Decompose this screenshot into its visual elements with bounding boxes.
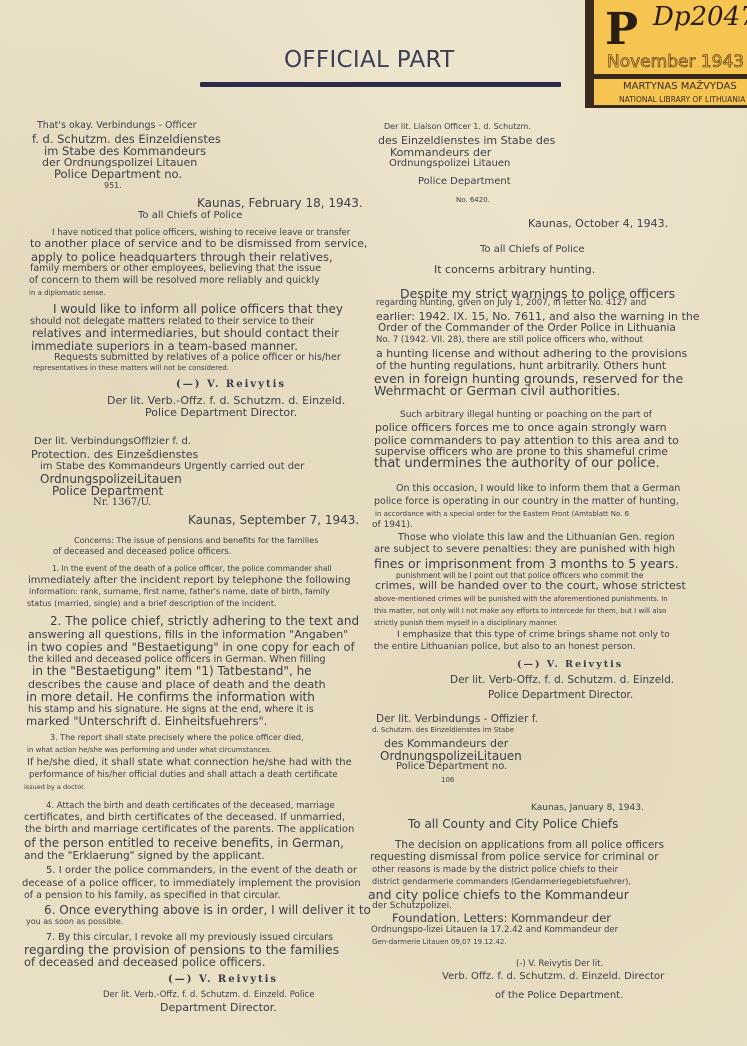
body-line: police force is operating in our country…: [374, 497, 679, 507]
recipient: To all Chiefs of Police: [138, 211, 243, 222]
sender-line: Police Department no.: [54, 168, 182, 180]
signature: (—) V. Reivytis: [517, 660, 623, 670]
body-line: district gendarmerie commanders (Gendarm…: [372, 878, 631, 886]
document-number: No. 6420.: [456, 197, 490, 204]
body-line: a hunting license and without adhering t…: [376, 348, 687, 360]
body-line: relatives and intermediaries, but should…: [32, 327, 339, 339]
title-rule: [200, 82, 561, 87]
signature-title: Police Department Director.: [488, 690, 633, 701]
body-line: describes the cause and place of death a…: [28, 679, 326, 691]
document-date: Kaunas, January 8, 1943.: [531, 804, 644, 813]
body-line: 3. The report shall state precisely wher…: [50, 734, 304, 742]
signature-title: Police Department Director.: [145, 407, 297, 419]
document-number: 106: [441, 777, 454, 784]
body-line: of deceased and deceased police officers…: [24, 956, 265, 968]
body-line: fines or imprisonment from 3 months to 5…: [374, 557, 679, 570]
document-date: Kaunas, September 7, 1943.: [188, 514, 359, 527]
body-line: performance of his/her official duties a…: [29, 771, 338, 780]
signature-title: Der lit. Verb.-Offz. f. d. Schutzm. d. E…: [107, 395, 345, 407]
body-line: of 1941).: [372, 521, 413, 530]
body-line: Order of the Commander of the Order Poli…: [378, 323, 676, 334]
body-line: to another place of service and to be di…: [30, 238, 367, 250]
body-line: I emphasize that this type of crime brin…: [397, 631, 670, 640]
body-line: other reasons is made by the district po…: [372, 866, 618, 875]
body-line: No. 7 (1942. VII. 28), there are still p…: [376, 336, 643, 345]
sender-line: Der lit. VerbindungsOffizier f. d.: [34, 437, 191, 448]
library-stamp: P Dp2047 November 1943 MARTYNAS MAŽVYDAS…: [585, 0, 747, 108]
body-line: apply to police headquarters through the…: [31, 251, 333, 263]
signature-title: Der lit. Verb-Offz. f. d. Schutzm. d. Ei…: [450, 675, 674, 686]
body-line: crimes, will be handed over to the court…: [375, 580, 686, 592]
body-line: answering all questions, fills in the in…: [28, 629, 348, 641]
body-line: police commanders to pay attention to th…: [374, 435, 679, 447]
document-number: Nr. 1367/U.: [93, 498, 151, 509]
library-name: MARTYNAS MAŽVYDAS: [623, 81, 737, 92]
sender-line: Police Department: [418, 177, 511, 188]
body-line: If he/she died, it shall state what conn…: [27, 758, 352, 769]
body-line: marked "Unterschrift d. Einheitsfuehrers…: [26, 715, 267, 727]
library-subtitle: NATIONAL LIBRARY OF LITHUANIA: [619, 95, 745, 104]
body-line: Wehrmacht or German civil authorities.: [374, 384, 620, 397]
signature-title: Der lit. Verb.-Offz. f. d. Schutzm. d. E…: [103, 991, 314, 1000]
signature-title: Verb. Offz. f. d. Schutzm. d. Einzeld. D…: [442, 972, 664, 983]
body-line: 5. I order the police commanders, in the…: [46, 866, 357, 877]
body-line: requesting dismissal from police service…: [370, 852, 659, 863]
body-line: I would like to inform all police office…: [53, 303, 343, 316]
body-line: in what action he/she was performing and…: [27, 747, 272, 754]
document-date: Kaunas, February 18, 1943.: [197, 197, 363, 210]
sender-line: des Einzeldienstes im Stabe des: [378, 135, 555, 147]
body-line: decease of a police officer, to immediat…: [22, 879, 361, 890]
body-line: you as soon as possible.: [26, 918, 123, 926]
body-line: immediately after the incident report by…: [28, 576, 351, 587]
signature: (—) V. Reivytis: [176, 380, 286, 391]
body-line: that undermines the authority of our pol…: [374, 457, 660, 471]
body-line: the birth and marriage certificates of t…: [25, 825, 354, 836]
body-line: in the "Bestaetigung" item "1) Tatbestan…: [32, 665, 312, 678]
document-date: Kaunas, October 4, 1943.: [528, 218, 668, 230]
body-line: regarding hunting, given on July 1, 2007…: [376, 299, 646, 308]
stamp-code: Dp2047: [653, 2, 747, 32]
body-line: are subject to severe penalties: they ar…: [374, 545, 675, 556]
body-line: information: rank, surname, first name, …: [29, 588, 330, 596]
body-line: Such arbitrary illegal hunting or poachi…: [400, 411, 652, 420]
body-line: 1. In the event of the death of a police…: [52, 565, 332, 573]
body-line: immediate superiors in a team-based mann…: [31, 340, 298, 352]
body-line: family members or other employees, belie…: [30, 264, 321, 274]
body-line: in more detail. He confirms the informat…: [26, 691, 315, 704]
document-number: 951.: [104, 182, 122, 190]
sender-line: Der lit. Verbindungs - Offizier f.: [376, 714, 538, 725]
body-line: strictly punish them myself in a discipl…: [374, 620, 558, 627]
signature-title: Department Director.: [160, 1002, 277, 1014]
body-line: of concern to them will be resolved more…: [29, 276, 320, 286]
concerns-line: Concerns: The issue of pensions and bene…: [74, 537, 318, 545]
signature-title: of the Police Department.: [495, 991, 623, 1002]
body-line: above-mentioned crimes will be punished …: [374, 596, 668, 603]
stamp-month: November 1943: [607, 52, 744, 72]
sender-line: Police Department: [52, 485, 163, 498]
sender-line: des Kommandeurs der: [384, 738, 508, 750]
body-line: of a pension to his family, as specified…: [24, 891, 281, 901]
body-line: and the "Erklaerung" signed by the appli…: [24, 851, 265, 862]
body-line: in a diplomatic sense.: [29, 290, 106, 297]
body-line: police officers forces me to once again …: [375, 422, 667, 434]
body-line: Foundation. Letters: Kommandeur der: [392, 912, 611, 924]
sender-line: im Stabe des Kommandeurs Urgently carrie…: [40, 462, 304, 473]
sender-line: Police Department no.: [396, 762, 507, 773]
body-line: representatives in these matters will no…: [33, 365, 229, 372]
subject: It concerns arbitrary hunting.: [434, 264, 595, 276]
sender-line: Protection. des Einzešdienstes: [31, 449, 198, 461]
sender-line: d. Schutzm. des Einzeldienstes im Stabe: [372, 727, 514, 734]
signature-title: (-) V. Reivytis Der lit.: [516, 960, 603, 969]
recipient: To all Chiefs of Police: [480, 245, 585, 256]
body-line: Ordnungspo-lizei Litauen Ia 17.2.42 and …: [371, 926, 618, 935]
stamp-letter: P: [605, 4, 638, 55]
sender-line: Ordnungspolizei Litauen: [389, 159, 510, 170]
body-line: of the person entitled to receive benefi…: [24, 837, 344, 850]
recipient: To all County and City Police Chiefs: [408, 818, 618, 831]
body-line: earlier: 1942. IX. 15, No. 7611, and als…: [376, 311, 700, 323]
body-line: Those who violate this law and the Lithu…: [398, 533, 675, 543]
sender-line: Kommandeurs der: [390, 147, 491, 159]
body-line: 4. Attach the birth and death certificat…: [46, 802, 335, 811]
body-line: Gen-darmerie Litauen 09,07 19.12.42.: [372, 939, 507, 946]
body-line: Requests submitted by relatives of a pol…: [54, 353, 341, 363]
body-line: in accordance with a special order for t…: [375, 511, 629, 518]
body-line: the entire Lithuanian police, but also t…: [374, 643, 636, 652]
sender-line: Der lit. Liaison Officer 1. d. Schutzm.: [384, 123, 531, 131]
signature: (—) V. Reivytis: [168, 975, 278, 986]
page-title: OFFICIAL PART: [284, 48, 454, 72]
body-line: and city police chiefs to the Kommandeur: [368, 888, 629, 901]
body-line: 2. The police chief, strictly adhering t…: [50, 615, 359, 628]
body-line: issued by a doctor.: [24, 784, 85, 791]
body-line: this matter, not only will I not make an…: [374, 608, 666, 615]
sender-line: That's okay. Verbindungs - Officer: [37, 121, 197, 131]
body-line: in two copies and "Bestaetigung" in one …: [27, 641, 355, 653]
concerns-line: of deceased and deceased police officers…: [53, 548, 231, 557]
body-line: The decision on applications from all po…: [395, 840, 664, 851]
body-line: 6. Once everything above is in order, I …: [44, 904, 371, 917]
body-line: certificates, and birth certificates of …: [24, 813, 345, 824]
body-line: On this occasion, I would like to inform…: [396, 484, 680, 494]
body-line: status (married, single) and a brief des…: [27, 600, 277, 608]
